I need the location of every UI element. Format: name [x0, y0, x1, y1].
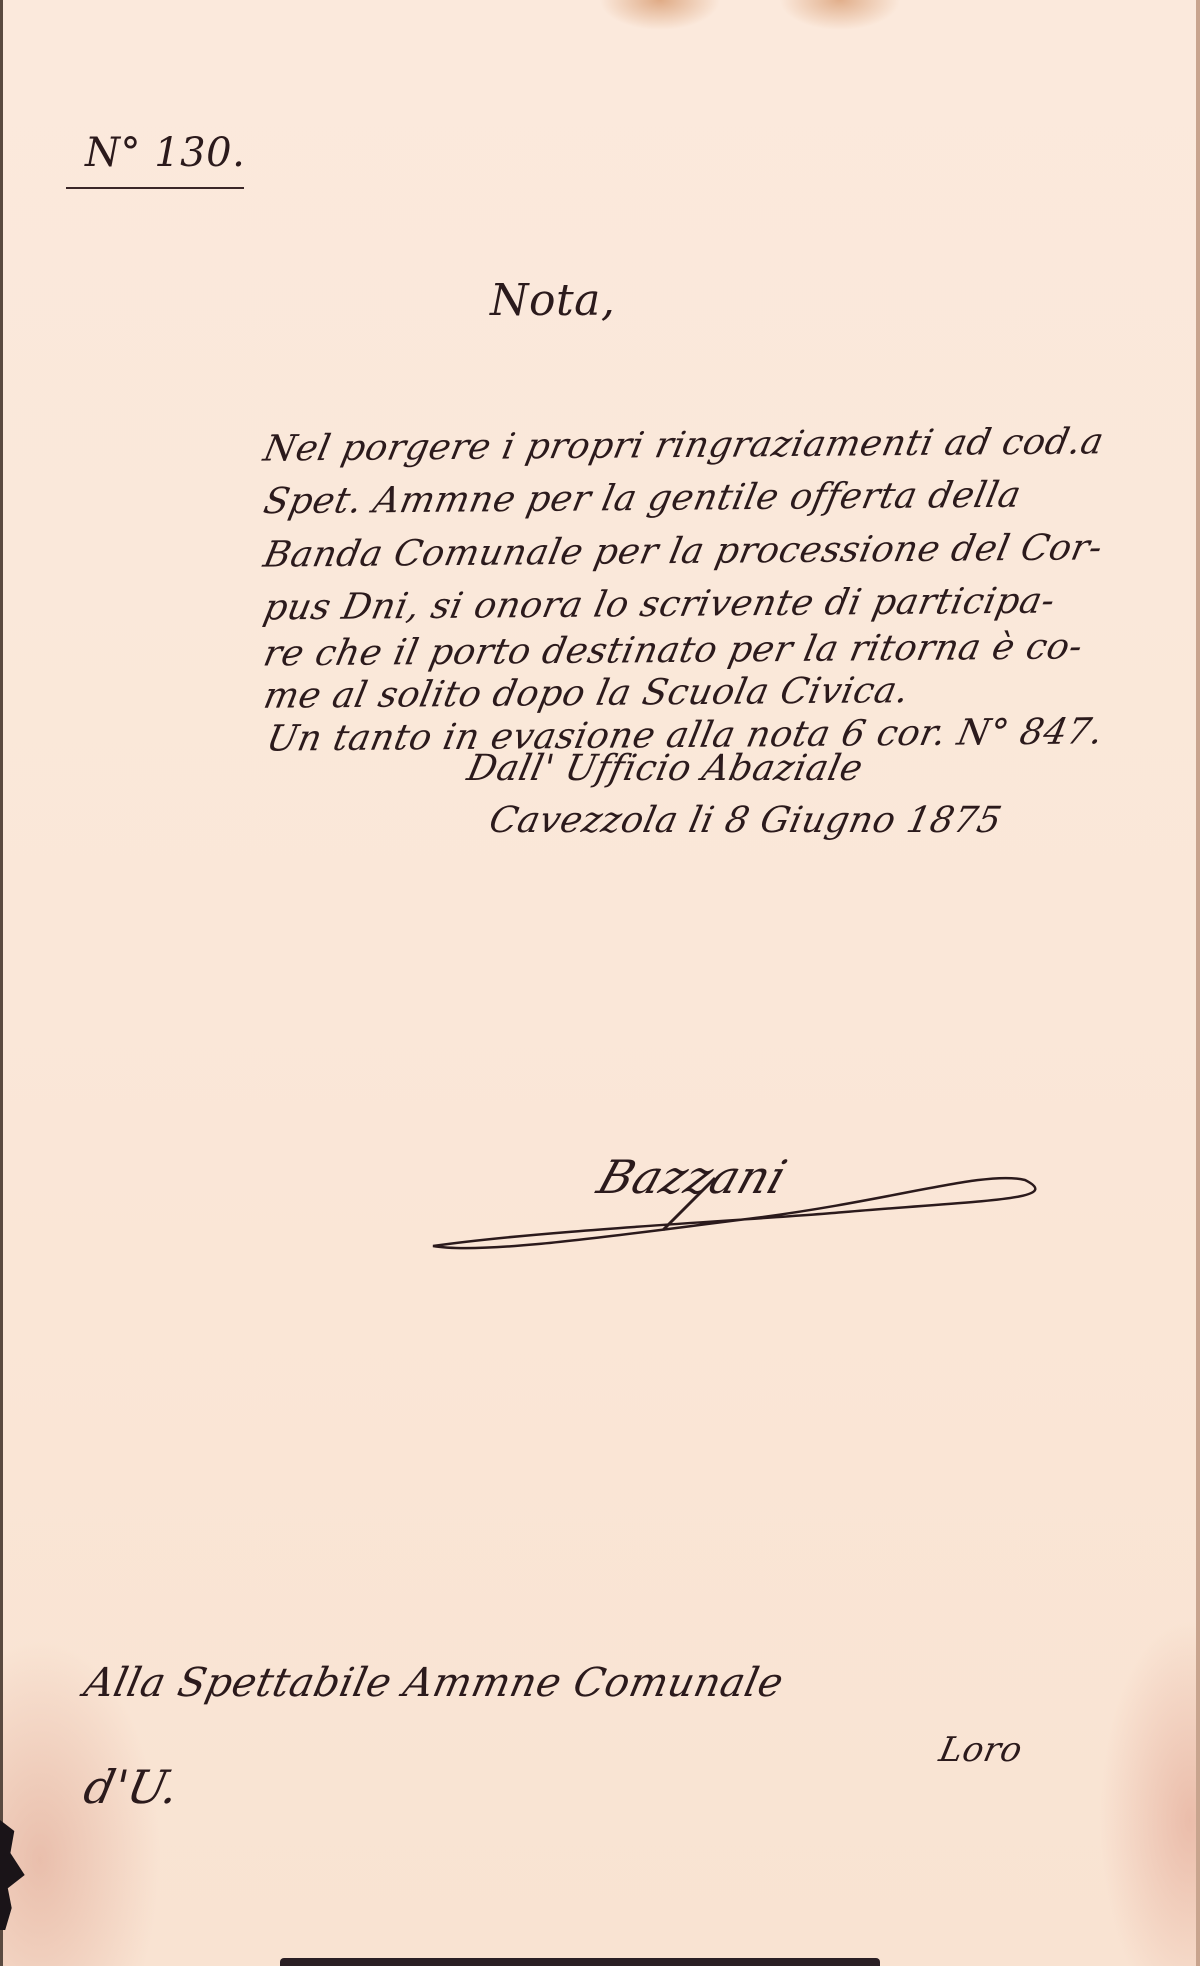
document-title: Nota, — [490, 275, 615, 326]
body-line: Spet. Ammne per la gentile offerta della — [260, 475, 1025, 523]
protocol-number: N° 130. — [85, 130, 245, 176]
dateline-office: Dall' Ufficio Abaziale — [464, 748, 867, 789]
address-suffix: Loro — [936, 1730, 1026, 1770]
address-recipient: Alla Spettabile Ammne Comunale — [80, 1660, 787, 1706]
body-line: Banda Comunale per la processione del Co… — [260, 527, 1106, 575]
body-line: pus Dni, si onora lo scrivente di partic… — [260, 581, 1059, 629]
body-line: me al solito dopo la Scuola Civica. — [260, 670, 912, 717]
body-line: Nel porgere i propri ringraziamenti ad c… — [260, 421, 1107, 469]
paper-left-edge — [0, 0, 3, 1966]
dateline-place-date: Cavezzola li 8 Giugno 1875 — [486, 800, 1006, 841]
signature-flourish-icon — [425, 1160, 1065, 1270]
paper-right-edge — [1196, 0, 1200, 1966]
address-place: d'U. — [79, 1760, 184, 1814]
body-line: re che il porto destinato per la ritorna… — [260, 626, 1086, 674]
paper-bottom-edge — [280, 1958, 880, 1966]
number-underline — [66, 187, 244, 189]
